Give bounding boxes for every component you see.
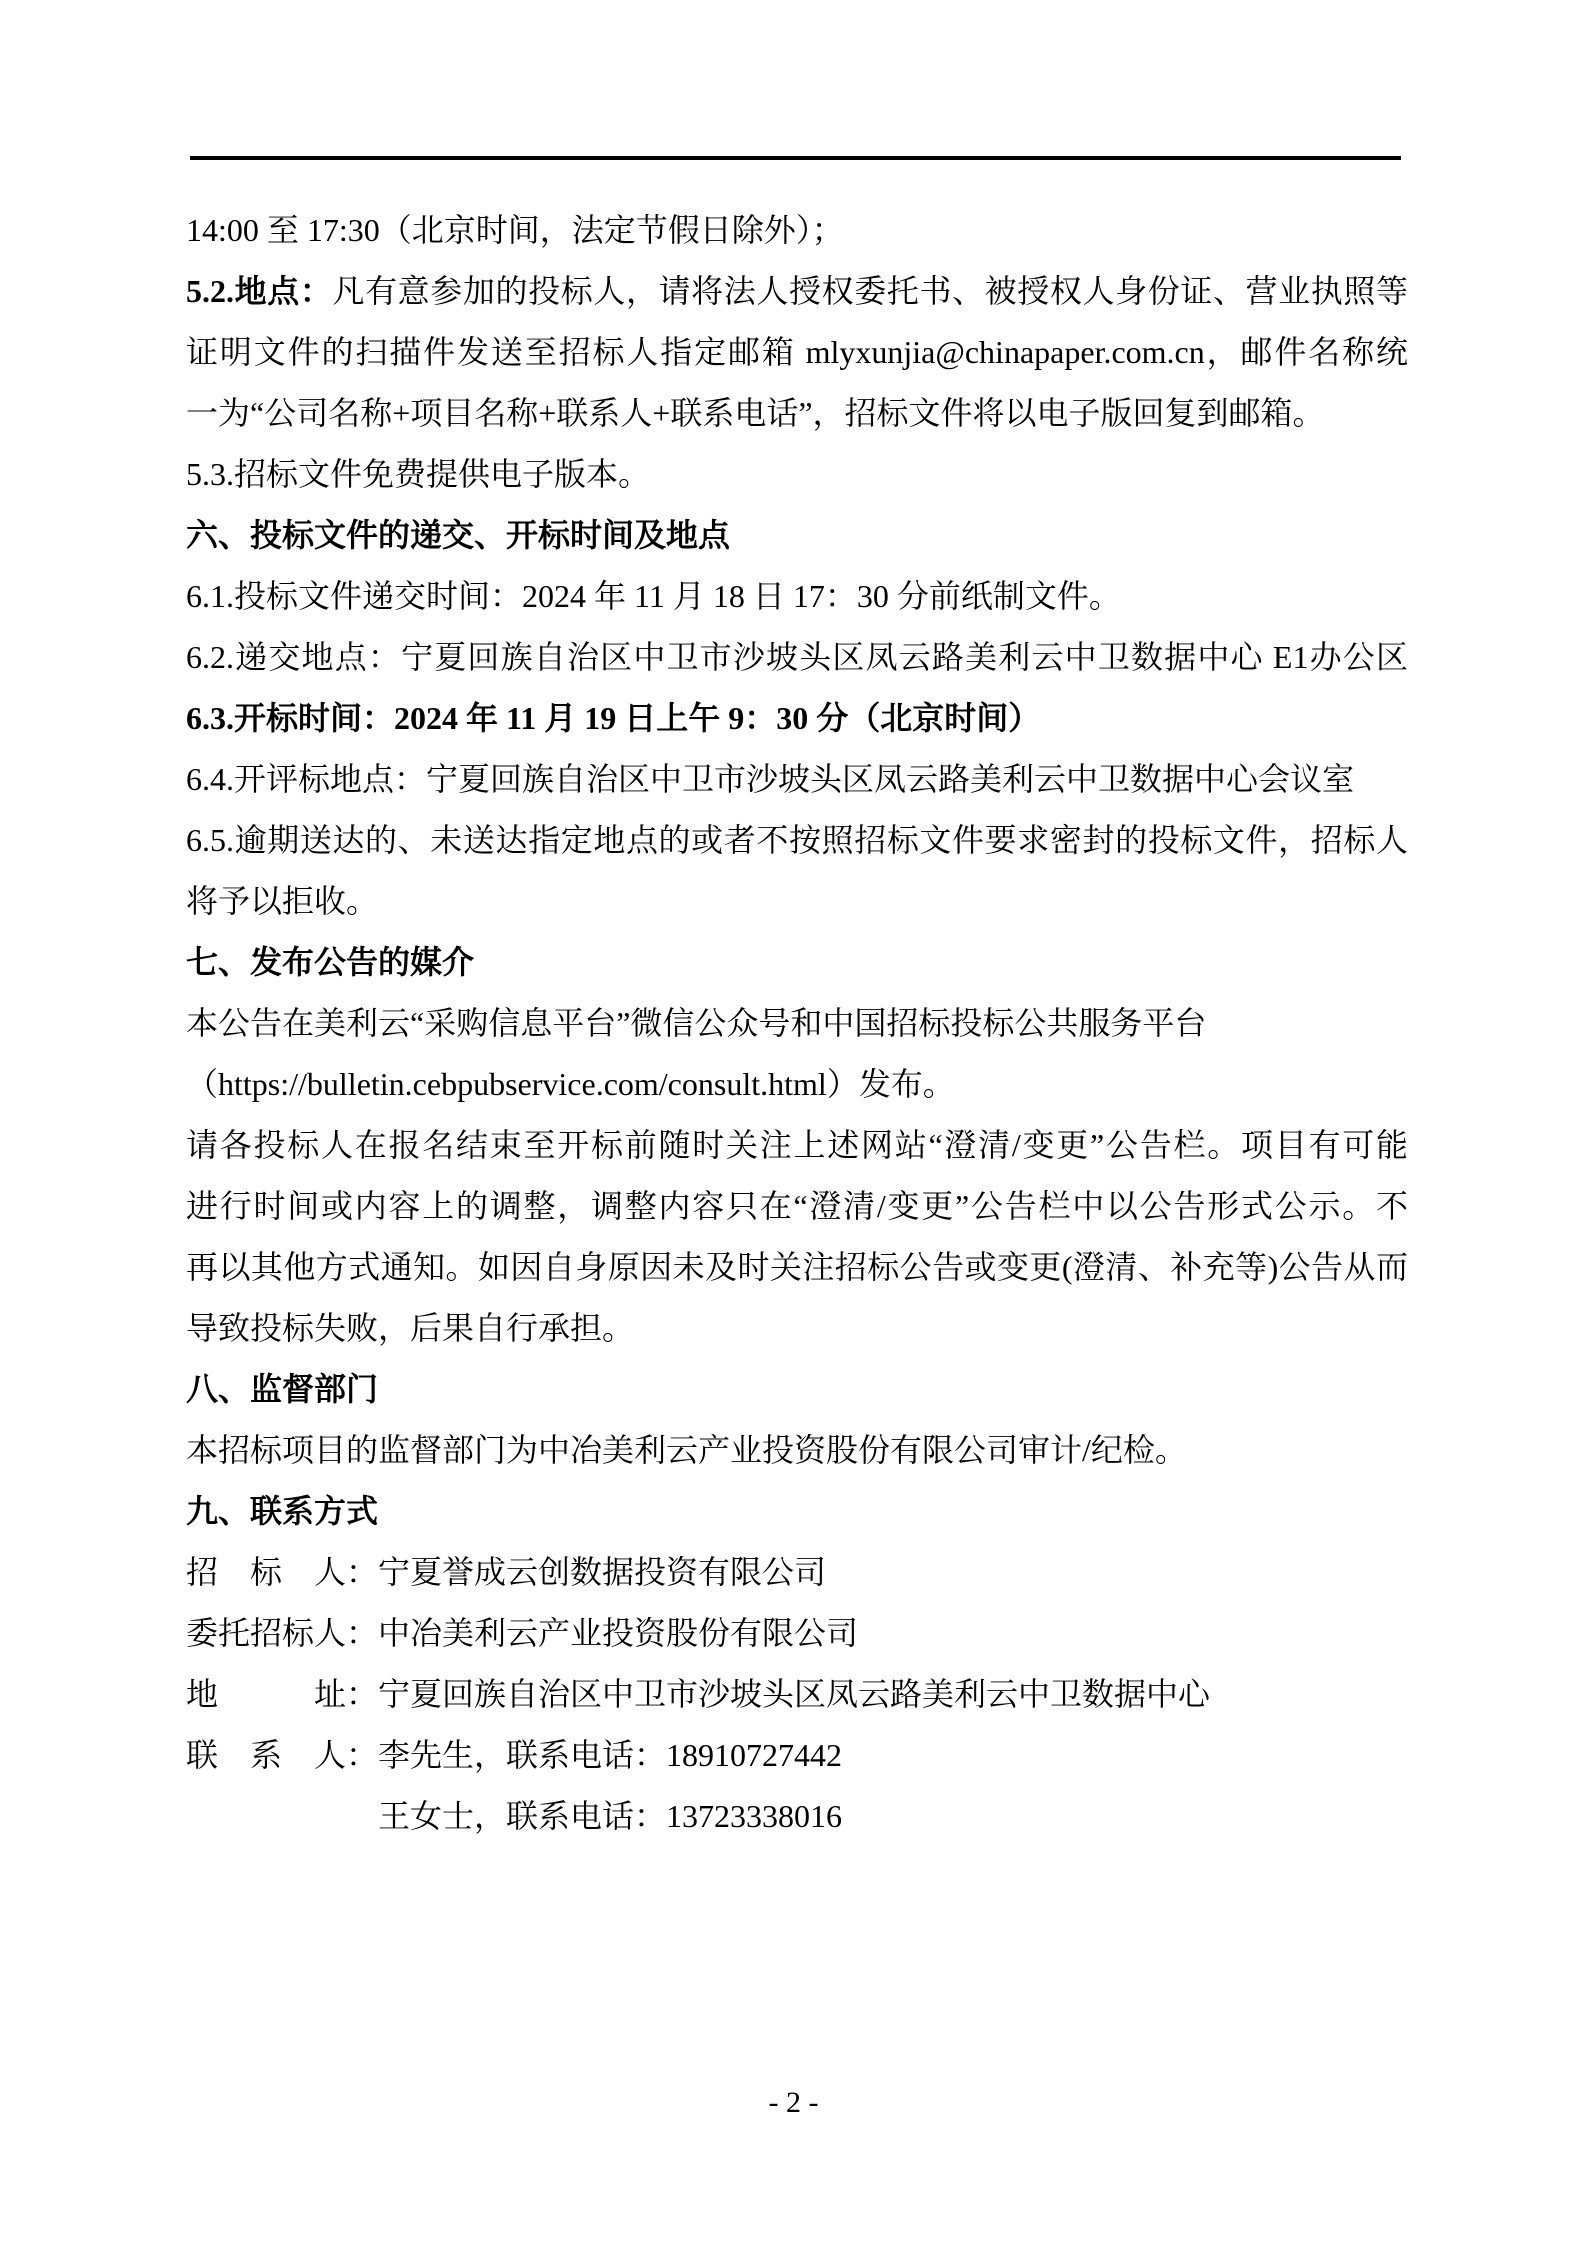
text-line: 本招标项目的监督部门为中冶美利云产业投资股份有限公司审计/纪检。 — [186, 1420, 1408, 1481]
section-heading: 七、发布公告的媒介 — [186, 932, 1408, 993]
section-heading: 八、监督部门 — [186, 1359, 1408, 1420]
text-line: 委托招标人：中冶美利云产业投资股份有限公司 — [186, 1603, 1408, 1664]
text-run: 九、联系方式 — [186, 1493, 378, 1529]
text-run: 七、发布公告的媒介 — [186, 944, 474, 980]
text-run: 6.3.开标时间：2024 年 11 月 19 日上午 9：30 分（北京时间） — [186, 700, 1040, 736]
text-run: 委托招标人：中冶美利云产业投资股份有限公司 — [186, 1615, 858, 1651]
text-line: 5.3.招标文件免费提供电子版本。 — [186, 444, 1408, 505]
text-run: 6.2.递交地点：宁夏回族自治区中卫市沙坡头区凤云路美利云中卫数据中心 E1办公… — [186, 639, 1408, 675]
text-run: 再以其他方式通知。如因自身原因未及时关注招标公告或变更(澄清、补充等)公告从而 — [186, 1249, 1408, 1285]
text-run: 导致投标失败，后果自行承担。 — [186, 1310, 634, 1346]
text-run: 5.3.招标文件免费提供电子版本。 — [186, 456, 650, 492]
section-heading: 六、投标文件的递交、开标时间及地点 — [186, 505, 1408, 566]
document-page: { "page": { "background": "#ffffff", "te… — [0, 0, 1587, 2245]
text-line: 进行时间或内容上的调整，调整内容只在“澄清/变更”公告栏中以公告形式公示。不 — [186, 1176, 1408, 1237]
text-line: 6.3.开标时间：2024 年 11 月 19 日上午 9：30 分（北京时间） — [186, 688, 1408, 749]
text-line: 本公告在美利云“采购信息平台”微信公众号和中国招标投标公共服务平台 — [186, 993, 1408, 1054]
text-line: （https://bulletin.cebpubservice.com/cons… — [186, 1054, 1408, 1115]
text-run: 进行时间或内容上的调整，调整内容只在“澄清/变更”公告栏中以公告形式公示。不 — [186, 1188, 1408, 1224]
text-run: 证明文件的扫描件发送至招标人指定邮箱 mlyxunjia@chinapaper.… — [186, 334, 1408, 370]
text-run: 凡有意参加的投标人，请将法人授权委托书、被授权人身份证、营业执照等 — [332, 273, 1408, 309]
text-line: 将予以拒收。 — [186, 871, 1408, 932]
text-run: 招 标 人：宁夏誉成云创数据投资有限公司 — [186, 1554, 826, 1590]
text-run: 5.2.地点： — [186, 273, 332, 309]
text-line: 请各投标人在报名结束至开标前随时关注上述网站“澄清/变更”公告栏。项目有可能 — [186, 1115, 1408, 1176]
text-line: 6.1.投标文件递交时间：2024 年 11 月 18 日 17：30 分前纸制… — [186, 566, 1408, 627]
text-line: 14:00 至 17:30（北京时间，法定节假日除外）； — [186, 200, 1408, 261]
text-line: 6.4.开评标地点：宁夏回族自治区中卫市沙坡头区凤云路美利云中卫数据中心会议室 — [186, 749, 1408, 810]
text-run: 一为“公司名称+项目名称+联系人+联系电话”，招标文件将以电子版回复到邮箱。 — [186, 395, 1325, 431]
text-run: 王女士，联系电话：13723338016 — [378, 1798, 842, 1834]
document-body: 14:00 至 17:30（北京时间，法定节假日除外）；5.2.地点：凡有意参加… — [186, 200, 1408, 1847]
text-run: 六、投标文件的递交、开标时间及地点 — [186, 517, 730, 553]
text-line: 导致投标失败，后果自行承担。 — [186, 1298, 1408, 1359]
page-number: - 2 - — [769, 2086, 819, 2119]
text-line: 一为“公司名称+项目名称+联系人+联系电话”，招标文件将以电子版回复到邮箱。 — [186, 383, 1408, 444]
text-run: 6.5.逾期送达的、未送达指定地点的或者不按照招标文件要求密封的投标文件，招标人 — [186, 822, 1408, 858]
text-line: 招 标 人：宁夏誉成云创数据投资有限公司 — [186, 1542, 1408, 1603]
page-footer: - 2 - — [0, 2083, 1587, 2123]
text-line: 6.2.递交地点：宁夏回族自治区中卫市沙坡头区凤云路美利云中卫数据中心 E1办公… — [186, 627, 1408, 688]
section-heading: 九、联系方式 — [186, 1481, 1408, 1542]
text-run: 八、监督部门 — [186, 1371, 378, 1407]
text-line: 王女士，联系电话：13723338016 — [186, 1786, 1408, 1847]
text-run: 地 址：宁夏回族自治区中卫市沙坡头区凤云路美利云中卫数据中心 — [186, 1676, 1210, 1712]
header-rule — [190, 156, 1401, 160]
text-run: 6.4.开评标地点：宁夏回族自治区中卫市沙坡头区凤云路美利云中卫数据中心会议室 — [186, 761, 1354, 797]
text-line: 联 系 人：李先生，联系电话：18910727442 — [186, 1725, 1408, 1786]
text-run: 请各投标人在报名结束至开标前随时关注上述网站“澄清/变更”公告栏。项目有可能 — [186, 1127, 1408, 1163]
text-line: 地 址：宁夏回族自治区中卫市沙坡头区凤云路美利云中卫数据中心 — [186, 1664, 1408, 1725]
text-run: 14:00 至 17:30（北京时间，法定节假日除外）； — [186, 212, 844, 248]
text-line: 6.5.逾期送达的、未送达指定地点的或者不按照招标文件要求密封的投标文件，招标人 — [186, 810, 1408, 871]
text-line: 证明文件的扫描件发送至招标人指定邮箱 mlyxunjia@chinapaper.… — [186, 322, 1408, 383]
text-run: 6.1.投标文件递交时间：2024 年 11 月 18 日 17：30 分前纸制… — [186, 578, 1121, 614]
text-run: 本公告在美利云“采购信息平台”微信公众号和中国招标投标公共服务平台 — [186, 1005, 1206, 1041]
text-run: 本招标项目的监督部门为中冶美利云产业投资股份有限公司审计/纪检。 — [186, 1432, 1187, 1468]
text-run: 将予以拒收。 — [186, 883, 378, 919]
text-line: 再以其他方式通知。如因自身原因未及时关注招标公告或变更(澄清、补充等)公告从而 — [186, 1237, 1408, 1298]
text-line: 5.2.地点：凡有意参加的投标人，请将法人授权委托书、被授权人身份证、营业执照等 — [186, 261, 1408, 322]
text-run: 联 系 人：李先生，联系电话：18910727442 — [186, 1737, 842, 1773]
text-run: （https://bulletin.cebpubservice.com/cons… — [186, 1066, 955, 1102]
